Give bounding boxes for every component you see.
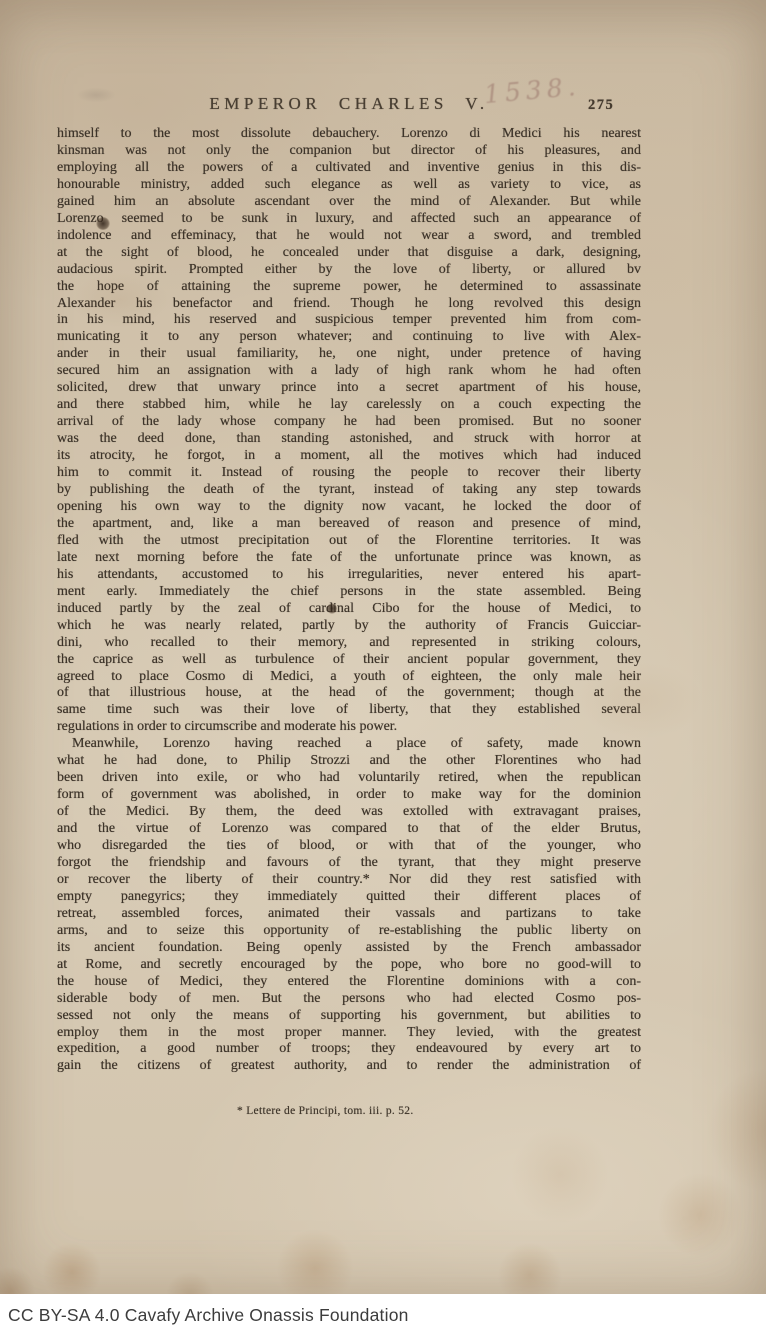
text-line: Alexander his benefactor and friend. Tho…: [57, 296, 641, 313]
text-line: of the Medici. By them, the deed was ext…: [57, 804, 641, 821]
text-line: was the deed done, than standing astonis…: [57, 431, 641, 448]
text-line: gained him an absolute ascendant over th…: [57, 194, 641, 211]
text-line: the house of Medici, they entered the Fl…: [57, 974, 641, 991]
text-line: which he was nearly related, partly by t…: [57, 618, 641, 635]
text-line: what he had done, to Philip Strozzi and …: [57, 753, 641, 770]
text-line: and the virtue of Lorenzo was compared t…: [57, 821, 641, 838]
license-caption-bar: CC BY-SA 4.0 Cavafy Archive Onassis Foun…: [0, 1294, 766, 1337]
body-text-block: himself to the most dissolute debauchery…: [57, 126, 641, 1075]
text-line: the apartment, and, like a man bereaved …: [57, 516, 641, 533]
text-line: municating it to any person whatever; an…: [57, 329, 641, 346]
text-line: by publishing the death of the tyrant, i…: [57, 482, 641, 499]
text-line: its ancient foundation. Being openly ass…: [57, 940, 641, 957]
text-line: siderable body of men. But the persons w…: [57, 991, 641, 1008]
text-line: forgot the friendship and favours of the…: [57, 855, 641, 872]
text-line: kinsman was not only the companion but d…: [57, 143, 641, 160]
text-line: agreed to place Cosmo di Medici, a youth…: [57, 669, 641, 686]
text-line: arms, and to seize this opportunity of r…: [57, 923, 641, 940]
license-caption: CC BY-SA 4.0 Cavafy Archive Onassis Foun…: [0, 1305, 409, 1326]
text-line: his attendants, accustomed to his irregu…: [57, 567, 641, 584]
text-line: retreat, assembled forces, animated thei…: [57, 906, 641, 923]
text-line: himself to the most dissolute debauchery…: [57, 126, 641, 143]
text-line: been driven into exile, or who had volun…: [57, 770, 641, 787]
text-line: Lorenzo seemed to be sunk in luxury, and…: [57, 211, 641, 228]
text-line: its atrocity, he forgot, in a moment, al…: [57, 448, 641, 465]
footnote: * Lettere de Principi, tom. iii. p. 52.: [237, 1105, 414, 1117]
text-line: ment early. Immediately the chief person…: [57, 584, 641, 601]
text-line: who disregarded the ties of blood, or wi…: [57, 838, 641, 855]
text-line: empty panegyrics; they immediately quitt…: [57, 889, 641, 906]
scanned-book-page: EMPEROR CHARLES V. 1538. 275 himself to …: [0, 0, 766, 1294]
page-number: 275: [588, 97, 614, 114]
text-line: employing all the powers of a cultivated…: [57, 160, 641, 177]
text-line: regulations in order to circumscribe and…: [57, 719, 641, 736]
text-line: opening his own way to the dignity now v…: [57, 499, 641, 516]
text-line: Meanwhile, Lorenzo having reached a plac…: [57, 736, 641, 753]
text-line: the caprice as well as turbulence of the…: [57, 652, 641, 669]
text-line: the hope of attaining the supreme power,…: [57, 279, 641, 296]
text-line: at Rome, and secretly encouraged by the …: [57, 957, 641, 974]
text-line: honourable ministry, added such elegance…: [57, 177, 641, 194]
text-line: in his mind, his reserved and suspicious…: [57, 312, 641, 329]
text-line: indolence and effeminacy, that he would …: [57, 228, 641, 245]
text-line: sessed not only the means of supporting …: [57, 1008, 641, 1025]
text-line: him to commit it. Instead of rousing the…: [57, 465, 641, 482]
text-line: dini, who recalled to their memory, and …: [57, 635, 641, 652]
text-line: ander in their usual familiarity, he, on…: [57, 346, 641, 363]
text-line: same time such was their love of liberty…: [57, 702, 641, 719]
text-line: employ them in the most proper manner. T…: [57, 1025, 641, 1042]
text-line: secured him an assignation with a lady o…: [57, 363, 641, 380]
text-line: fled with the utmost precipitation out o…: [57, 533, 641, 550]
text-line: arrival of the lady whose company he had…: [57, 414, 641, 431]
text-line: or recover the liberty of their country.…: [57, 872, 641, 889]
text-line: of that illustrious house, at the head o…: [57, 685, 641, 702]
text-line: gain the citizens of greatest authority,…: [57, 1058, 641, 1075]
text-line: form of government was abolished, in ord…: [57, 787, 641, 804]
text-line: late next morning before the fate of the…: [57, 550, 641, 567]
text-line: at the sight of blood, he concealed unde…: [57, 245, 641, 262]
text-line: audacious spirit. Prompted either by the…: [57, 262, 641, 279]
text-line: and there stabbed him, while he lay care…: [57, 397, 641, 414]
text-line: induced partly by the zeal of cardinal C…: [57, 601, 641, 618]
text-line: expedition, a good number of troops; the…: [57, 1041, 641, 1058]
text-line: solicited, drew that unwary prince into …: [57, 380, 641, 397]
